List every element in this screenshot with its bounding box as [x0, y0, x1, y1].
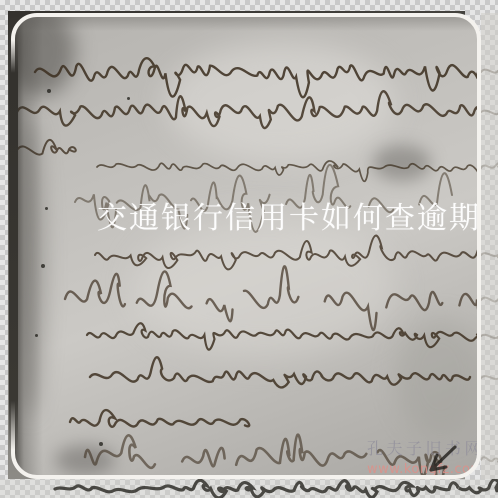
handwriting-line — [95, 236, 477, 270]
handwriting-strokes — [15, 17, 477, 475]
handwriting-line — [17, 91, 477, 128]
handwriting-line — [481, 70, 498, 73]
handwriting-line — [97, 161, 477, 181]
image-canvas: 交通银行信用卡如何查逾期 孔夫子旧书网 www.kongfz.com — [0, 0, 498, 498]
parchment-left-shadow — [15, 17, 45, 475]
handwriting-line — [481, 253, 498, 264]
manuscript-photo: 交通银行信用卡如何查逾期 孔夫子旧书网 www.kongfz.com — [11, 13, 481, 479]
handwriting-line — [481, 111, 498, 115]
handwriting-line — [481, 335, 498, 345]
parchment-top-shade — [15, 17, 477, 31]
handwriting-line — [87, 323, 477, 349]
handwriting-line — [70, 410, 249, 427]
left-edge-shadow-strip — [9, 40, 18, 450]
handwriting-line — [481, 376, 498, 379]
handwriting-line — [35, 58, 477, 97]
bold-handwriting-fragment — [0, 479, 498, 498]
handwriting-line — [481, 162, 498, 169]
bottom-edge-remnant — [0, 479, 498, 498]
arrow-cursor-icon — [418, 441, 460, 479]
parchment-texture — [15, 17, 477, 475]
handwriting-line — [481, 298, 498, 302]
faint-handwriting-strokes — [481, 13, 498, 479]
right-edge-remnant — [481, 13, 498, 479]
handwriting-line — [55, 479, 498, 498]
handwriting-line — [90, 357, 470, 387]
overlay-title: 交通银行信用卡如何查逾期 — [97, 193, 481, 237]
handwriting-line — [481, 457, 498, 462]
handwriting-line — [65, 266, 477, 330]
